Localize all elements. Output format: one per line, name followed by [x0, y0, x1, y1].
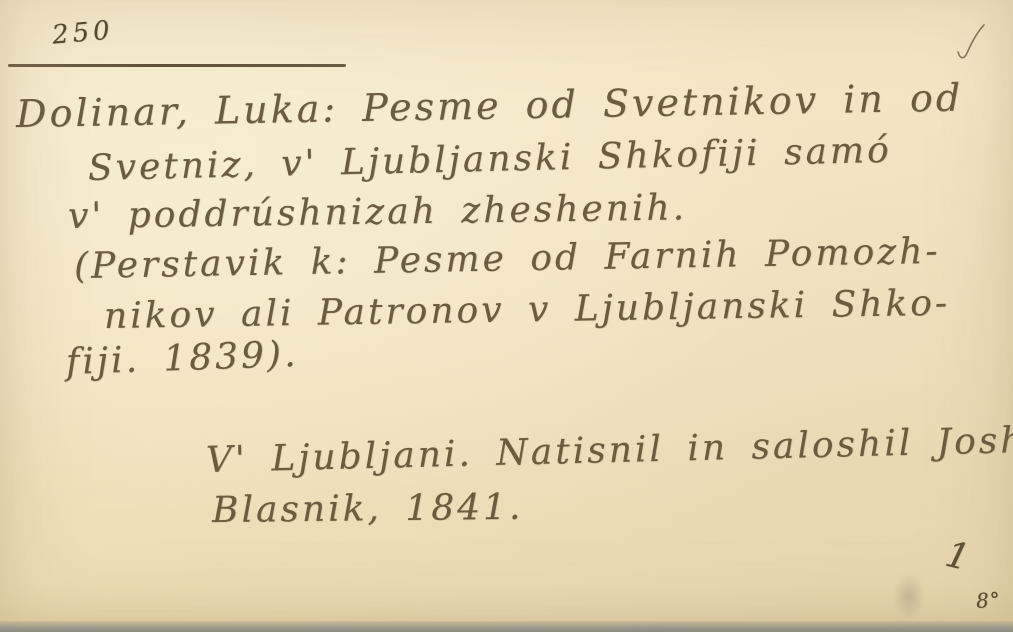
card-number: 250	[51, 15, 115, 50]
entry-note-line: nikov ali Patronov v Ljubljanski Shko-	[104, 283, 951, 337]
entry-title-line: v' poddrúshnizah zheshenih.	[68, 187, 688, 237]
check-mark-icon	[952, 22, 988, 66]
scan-edge	[0, 621, 1013, 632]
entry-title-line: Svetniz, v' Ljubljanski Shkofiji samó	[88, 130, 893, 189]
smudge-stain	[893, 572, 925, 620]
entry-note-line: (Perstavik k: Pesme od Farnih Pomozh-	[74, 231, 941, 287]
catalog-card: 250 Dolinar, Luka: Pesme od Svetnikov in…	[0, 0, 1013, 632]
header-rule	[8, 64, 346, 67]
format-mark-annotation: 8°	[975, 587, 1001, 613]
copy-number-annotation: 1	[941, 534, 973, 579]
entry-author-title-line: Dolinar, Luka: Pesme od Svetnikov in od	[16, 75, 964, 136]
imprint-line: V' Ljubljani. Natisnil in saloshil Joshe…	[205, 419, 1013, 481]
entry-note-line: fiji. 1839).	[65, 334, 299, 383]
imprint-line: Blasnik, 1841.	[212, 487, 524, 531]
